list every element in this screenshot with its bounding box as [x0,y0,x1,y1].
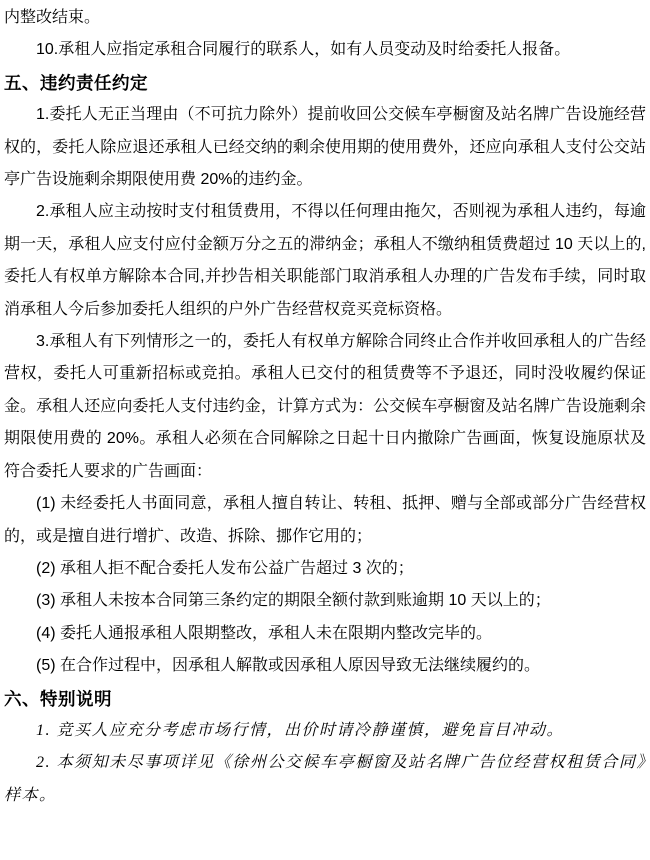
liability-subitem-3: (3) 承租人未按本合同第三条约定的期限全额付款到账逾期 10 天以上的； [4,585,646,617]
liability-subitem-4: (4) 委托人通报承租人限期整改，承租人未在限期内整改完毕的。 [4,618,646,650]
special-note-2: 2. 本须知未尽事项详见《徐州公交候车亭橱窗及站名牌广告位经营权租赁合同》样本。 [4,747,646,812]
document-page: 内整改结束。 10.承租人应指定承租合同履行的联系人，如有人员变动及时给委托人报… [0,0,650,860]
liability-clause-2: 2.承租人应主动按时支付租赁费用，不得以任何理由拖欠，否则视为承租人违约，每逾期… [4,196,646,326]
liability-clause-3: 3.承租人有下列情形之一的，委托人有权单方解除合同终止合作并收回承租人的广告经营… [4,326,646,488]
liability-subitem-5: (5) 在合作过程中，因承租人解散或因承租人原因导致无法继续履约的。 [4,650,646,682]
liability-clause-1: 1.委托人无正当理由（不可抗力除外）提前收回公交候车亭橱窗及站名牌广告设施经营权… [4,99,646,196]
clause-10: 10.承租人应指定承租合同履行的联系人，如有人员变动及时给委托人报备。 [4,34,646,66]
liability-subitem-1: (1) 未经委托人书面同意，承租人擅自转让、转租、抵押、赠与全部或部分广告经营权… [4,488,646,553]
special-note-1: 1. 竞买人应充分考虑市场行情，出价时请冷静谨慎，避免盲目冲动。 [4,715,646,747]
continuation-tail-line: 内整改结束。 [4,2,646,34]
section-6-heading: 六、特别说明 [4,683,646,715]
liability-subitem-2: (2) 承租人拒不配合委托人发布公益广告超过 3 次的； [4,553,646,585]
section-5-heading: 五、违约责任约定 [4,67,646,99]
